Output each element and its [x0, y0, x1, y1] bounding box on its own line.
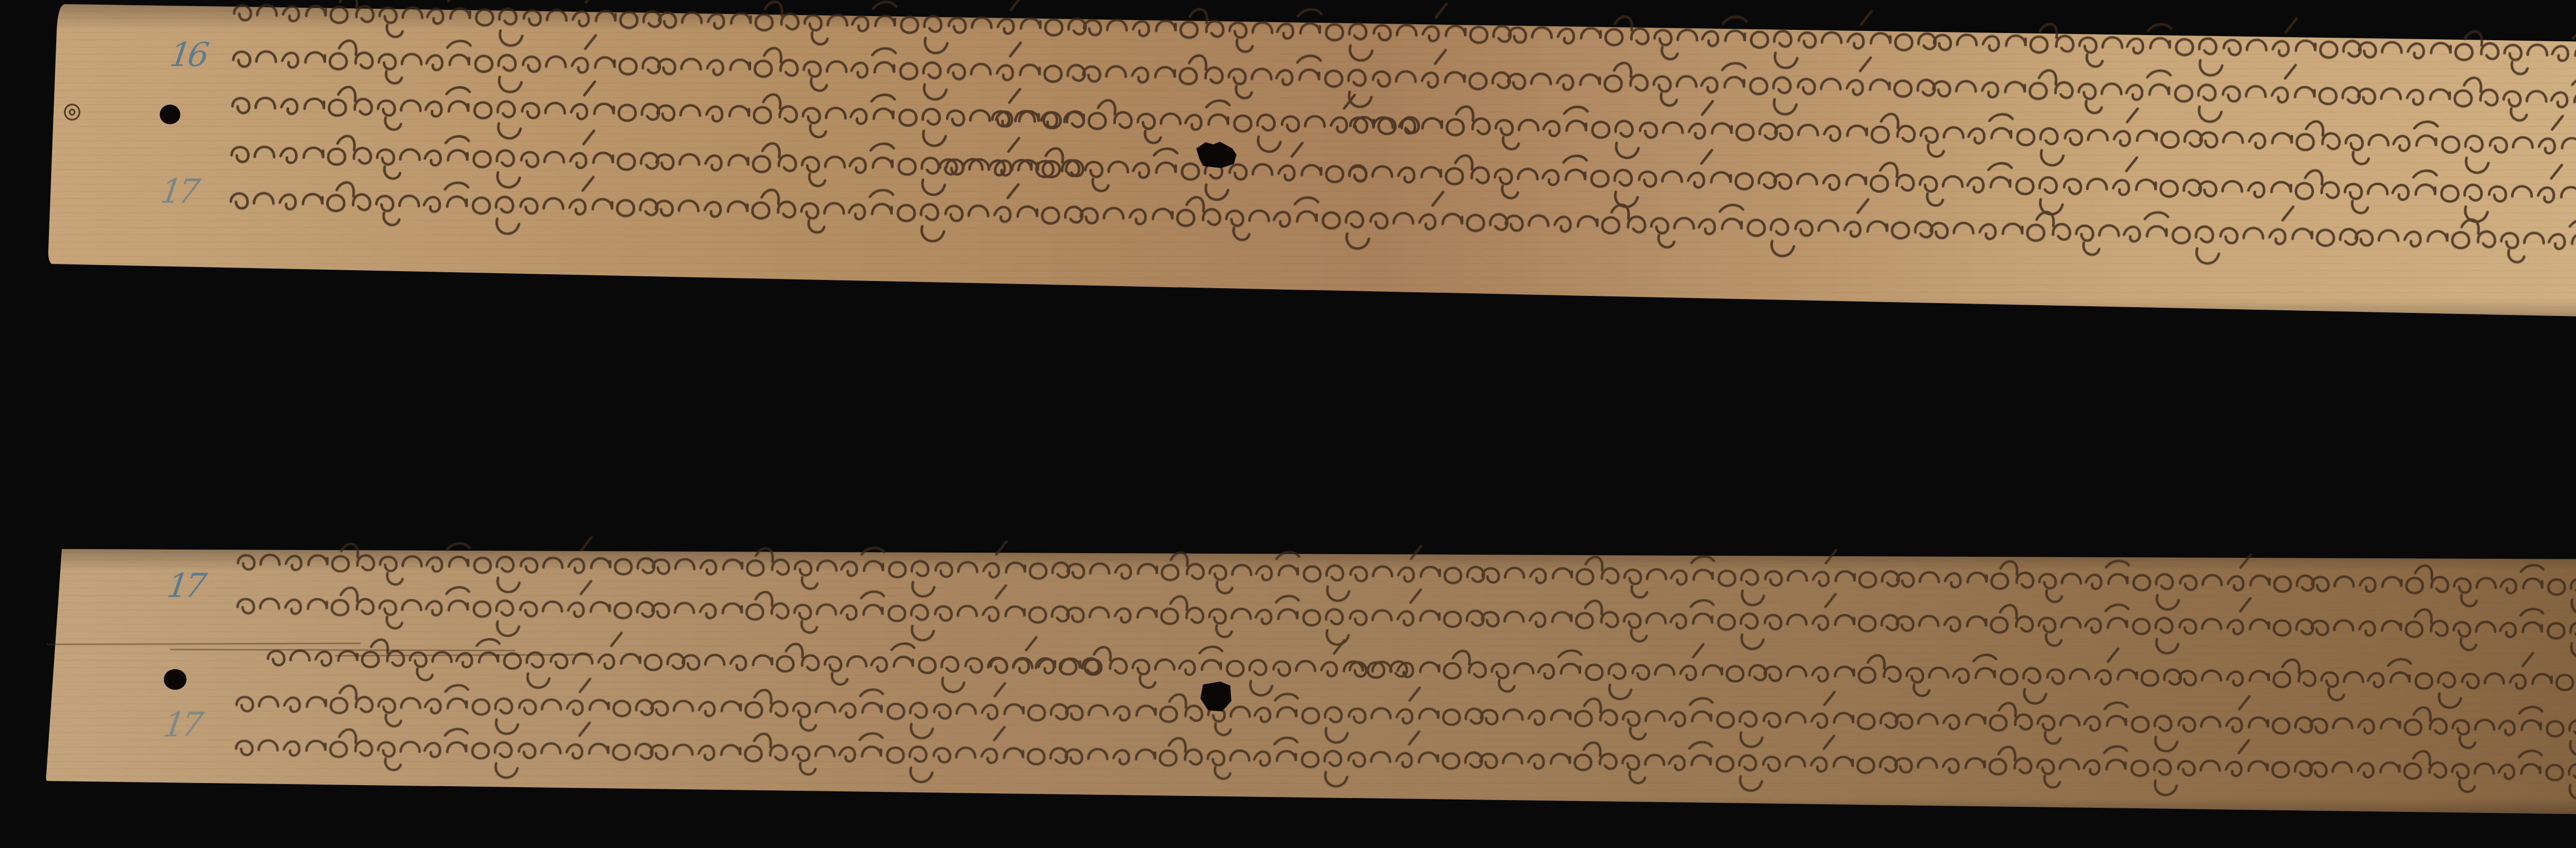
string-hole-left — [164, 669, 187, 690]
folio-number-top-left-lower: 17 — [158, 173, 199, 211]
leaf-top — [48, 0, 2576, 325]
manuscript-photo: 16 17 16 9 ၜ 17 17 17 — [0, 0, 2576, 848]
folio-number-bottom-left-upper: 17 — [165, 567, 206, 605]
manuscript-scene — [0, 0, 2576, 848]
leaf-bottom — [46, 534, 2576, 820]
string-hole-left — [160, 105, 180, 124]
folio-number-bottom-left-lower: 17 — [161, 706, 202, 744]
margin-glyph: ၜ — [62, 85, 82, 138]
folio-number-top-left-upper: 16 — [167, 36, 209, 74]
